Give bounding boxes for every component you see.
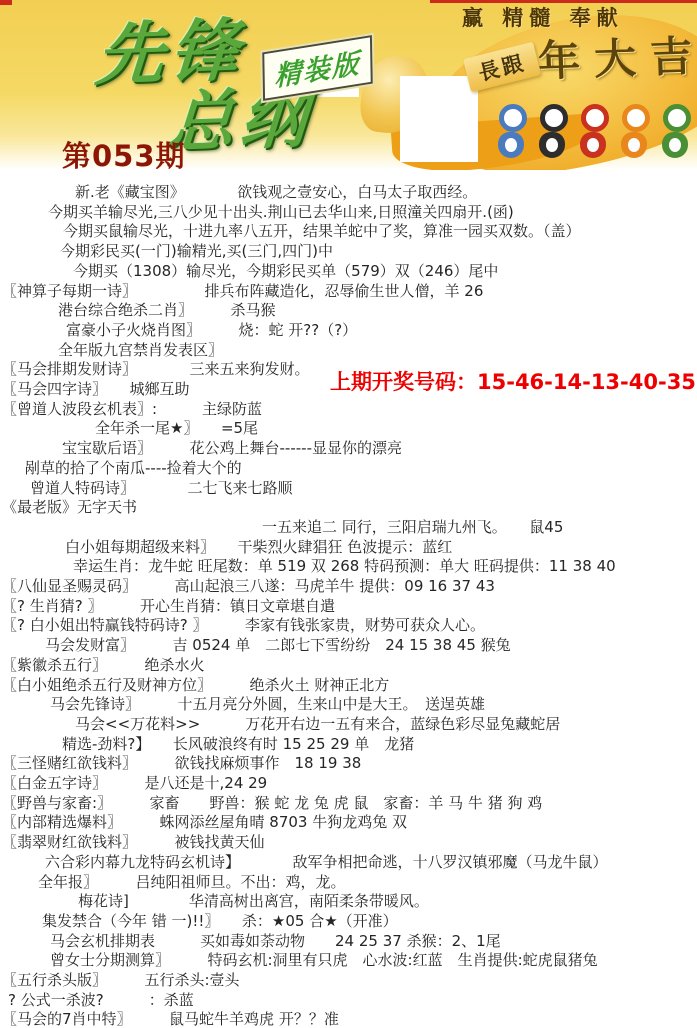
text-line: 〖三怪赌红欲钱料〗 欲钱找麻烦事作 18 19 38 — [2, 754, 361, 772]
text-line: 全年报〗 吕纯阳祖师旦。不出：鸡，龙。 — [38, 873, 346, 891]
text-line: 〖曾道人波段玄机表〗: 主绿防蓝 — [2, 400, 262, 418]
text-line: 〖马会的7肖中特〗 鼠马蛇牛羊鸡虎 开？？准 — [2, 1010, 339, 1028]
text-line: 曾女士分期测算〗 特码玄机:洞里有只虎 心水波:红蓝 生肖提供:蛇虎鼠猪兔 — [50, 951, 598, 969]
text-line: 〖白小姐绝杀五行及财神方位〗 绝杀火土 财神正北方 — [2, 676, 389, 694]
text-line: 马会玄机排期表 买如毒如荼动物 24 25 37 杀猴：2、1尾 — [50, 932, 501, 950]
text-line: 〖野兽与家畜:〗 家畜 野兽：猴 蛇 龙 兔 虎 鼠 家畜：羊 马 牛 猪 狗 … — [2, 794, 542, 812]
text-line: 〖? 白小姐出特赢钱特码诗? 〗 李家有钱张家贵，财势可获众人心。 — [2, 616, 485, 634]
text-line: 今期买（1308）输尽光，今期彩民买单（579）双（246）尾中 — [73, 262, 498, 280]
text-line: 〖紫徽杀五行〗 绝杀水火 — [2, 656, 205, 674]
text-line: 白小姐每期超级来料〗 干柴烈火肆猖狂 色波提示：蓝红 — [65, 538, 452, 556]
text-line: 〖? 生肖猜? 〗 开心生肖猜：镇日文章堪自遣 — [2, 597, 335, 615]
body-lines: 新.老《藏宝图》 欲钱观之壹安心，白马太子取西经。今期买羊输尽光,三八少见十出头… — [0, 0, 697, 1028]
text-line: 剐草的拾了个南瓜----捡着大个的 — [25, 459, 242, 477]
text-line: 〖马会排期发财诗〗 三来五来狗发财。 — [2, 360, 310, 378]
text-line: 宝宝歇后语〗 花公鸡上舞台------显显你的漂亮 — [62, 439, 402, 457]
text-line: 〖翡翠财红欲钱料〗 被钱找黄天仙 — [2, 833, 265, 851]
text-line: 一五来追二 同行，三阳启瑞九州飞。 鼠45 — [262, 518, 563, 536]
text-line: 〖八仙显圣赐灵码〗 高山起浪三八遂：马虎羊牛 提供：09 16 37 43 — [2, 577, 495, 595]
text-line: 精选-劲料?】 长风破浪终有时 15 25 29 单 龙猪 — [62, 735, 414, 753]
text-line: 六合彩内幕九龙特码玄机诗】 敌军争相把命逃，十八罗汉镇邪魔（马龙牛鼠） — [45, 853, 608, 871]
text-line: ? 公式一杀波? ：杀蓝 — [8, 991, 194, 1009]
text-line: 新.老《藏宝图》 欲钱观之壹安心，白马太子取西经。 — [75, 183, 477, 201]
text-line: 集发禁合（今年 错 一)!!〗 杀：★05 合★（开准） — [42, 912, 398, 930]
text-line: 《最老版》无字天书 — [2, 498, 137, 516]
text-line: 富豪小子火烧肖图〗 烧：蛇 开??（?） — [66, 321, 357, 339]
text-line: 曾道人特码诗〗 二七飞来七路顺 — [30, 479, 293, 497]
text-line: 马会先锋诗〗 十五月亮分外圆，生来山中是大王。 送逞英雄 — [50, 695, 485, 713]
text-line: 马会<<万花料>> 万花开右边一五有来合，蓝绿色彩尽显兔藏蛇居 — [75, 715, 560, 733]
text-line: 〖内部精选爆料〗 蛛网添丝屋角晴 8703 牛狗龙鸡兔 双 — [2, 813, 407, 831]
last-draw-numbers: 上期开奖号码：15-46-14-13-40-35+38 — [330, 366, 697, 396]
text-line: 今期彩民买(一门)输精光,买(三门,四门)中 — [60, 242, 333, 260]
lottery-tip-sheet: 赢 精髓 奉献 長跟 年大吉 先锋 总纲 精装版 第053期 新.老《藏宝图》 … — [0, 0, 697, 1028]
text-line: 〖白金五字诗〗 是八还是十,24 29 — [2, 774, 267, 792]
text-line: 今期买羊输尽光,三八少见十出头.荆山已去华山来,日照潼关四扇开.(函) — [48, 203, 514, 221]
text-line: 今期买鼠输尽光，十进九率八五开，结果羊蛇中了奖，算准一园买双数。（盖） — [63, 222, 581, 240]
text-line: 幸运生肖：龙牛蛇 旺尾数：单 519 双 268 特码预测：单大 旺码提供：11… — [73, 557, 616, 575]
text-line: 〖马会四字诗〗 城鄉互助 — [2, 380, 190, 398]
text-line: 梅花诗] 华清高树出离宫，南陌柔条带暖风。 — [78, 892, 429, 910]
text-line: 马会发财富〗 吉 0524 单 二郎七下雪纷纷 24 15 38 45 猴兔 — [45, 636, 511, 654]
text-line: 全年杀一尾★〗 =5尾 — [95, 419, 258, 437]
text-line: 港台综合绝杀二肖〗 杀马猴 — [58, 301, 276, 319]
text-line: 〖五行杀头版〗 五行杀头:壹头 — [2, 971, 240, 989]
text-line: 全年版九宫禁肖发表区〗 — [58, 341, 223, 359]
text-line: 〖神算子每期一诗〗 排兵布阵藏造化，忍辱偷生世人僧，羊 26 — [2, 282, 483, 300]
